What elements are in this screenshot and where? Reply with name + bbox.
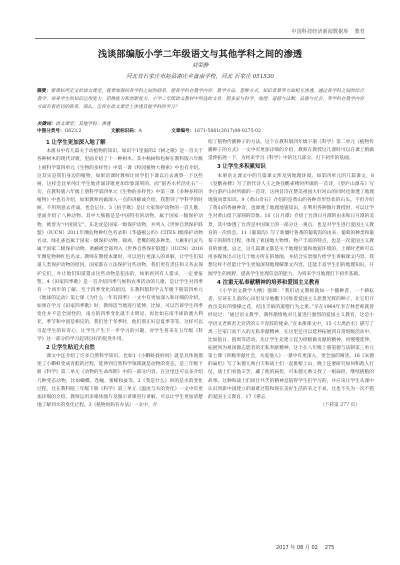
section-name: 教育 [355,29,365,35]
author-affiliation: 河北省石家庄市赵县谢庄乡备南学校，河北 石家庄 051530 [0,72,400,80]
clc-value: G623.2 [65,129,82,134]
article-no-label: 文章编号： [171,129,194,134]
keywords-label: 关键词： [37,122,55,127]
author-name: 刘荣静 [0,61,400,69]
document-code: 文献标识码：A [111,128,142,135]
right-column: 绍了植物传播种子的方法，这个在教科版四年级下册《科学》第二单元《植物传播种子的方… [208,139,374,410]
doc-code-value: A [138,129,141,134]
section-1-heading: 1 让学生更加深入地了解 [37,139,203,148]
page-number: 275 [325,545,335,551]
continued-note: （下转第 277 页） [208,402,374,410]
page-footer: 2017 年 08 月 02275 [276,544,334,551]
section-2-paragraph: 课文中还介绍了许多自然科学知识，比如1《小蝌蚪找妈妈》就是具体地描述了小蝌蚪变成… [37,353,203,410]
journal-page: 中国科技经济新闻数据库教育 浅谈部编版小学二年级语文与其他学科之间的渗透 刘荣静… [0,0,400,565]
keywords-text: 语文课堂；其他学科；渗透 [55,122,110,127]
article-number: 文章编号：1671-5861(2017)08-0275-02 [171,128,261,135]
section-1-paragraph: 本册书中有几篇关于动植物的知识。如识字1里面的2《树之歌》是一首关于各种树木的现… [37,148,203,344]
clc-label: 中图分类号： [37,129,65,134]
running-head: 中国科技经济新闻数据库教育 [35,28,365,35]
keywords: 关键词：语文课堂；其他学科；渗透 [37,121,364,128]
article-title: 浅谈部编版小学二年级语文与其他学科之间的渗透 [0,46,400,60]
left-column: 1 让学生更加深入地了解 本册书中有几篇关于动植物的知识。如识字1里面的2《树之… [37,139,203,410]
database-name: 中国科技经济新闻数据库 [291,29,348,35]
article-no-value: 1671-5861(2017)08-0275-02 [194,129,261,134]
section-3-heading: 3 让学生多积累知识 [208,163,374,172]
classification-line: 中图分类号：G623.2 文献标识码：A 文章编号：1671-5861(2017… [37,128,364,135]
section-4-heading: 4 注重无私奉献精神的培养和爱国主义教育 [208,279,374,288]
section-3-paragraph: 本册语文课文中的几篇课文涉及到地理环境。如第四单元的几篇课文，8《登鹳雀楼》写了… [208,173,374,279]
section-2-heading: 2 让学生贴近大自然 [37,344,203,353]
abstract-label: 摘要： [37,89,51,94]
header-rule [35,38,365,39]
abstract: 摘要：新课标所定义的语文课堂，就要加强同各学科之间的联系，使各学科在教学内容、教… [37,88,364,112]
abstract-text: 新课标所定义的语文课堂，就要加强同各学科之间的联系，使各学科在教学内容、教学方法… [37,89,364,110]
doc-code-label: 文献标识码： [111,129,139,134]
section-4-paragraph: 《小学语文教学大纲》强调：“我们语文教师就如一个播种者，一个耕耘者，应该在儿童的… [208,288,374,402]
clc-number: 中图分类号：G623.2 [37,128,81,135]
issue-date: 2017 年 08 月 02 [276,545,318,551]
section-2-paragraph-continued: 绍了植物传播种子的方法，这个在教科版四年级下册《科学》第二单元《植物传播种子的方… [208,139,374,163]
